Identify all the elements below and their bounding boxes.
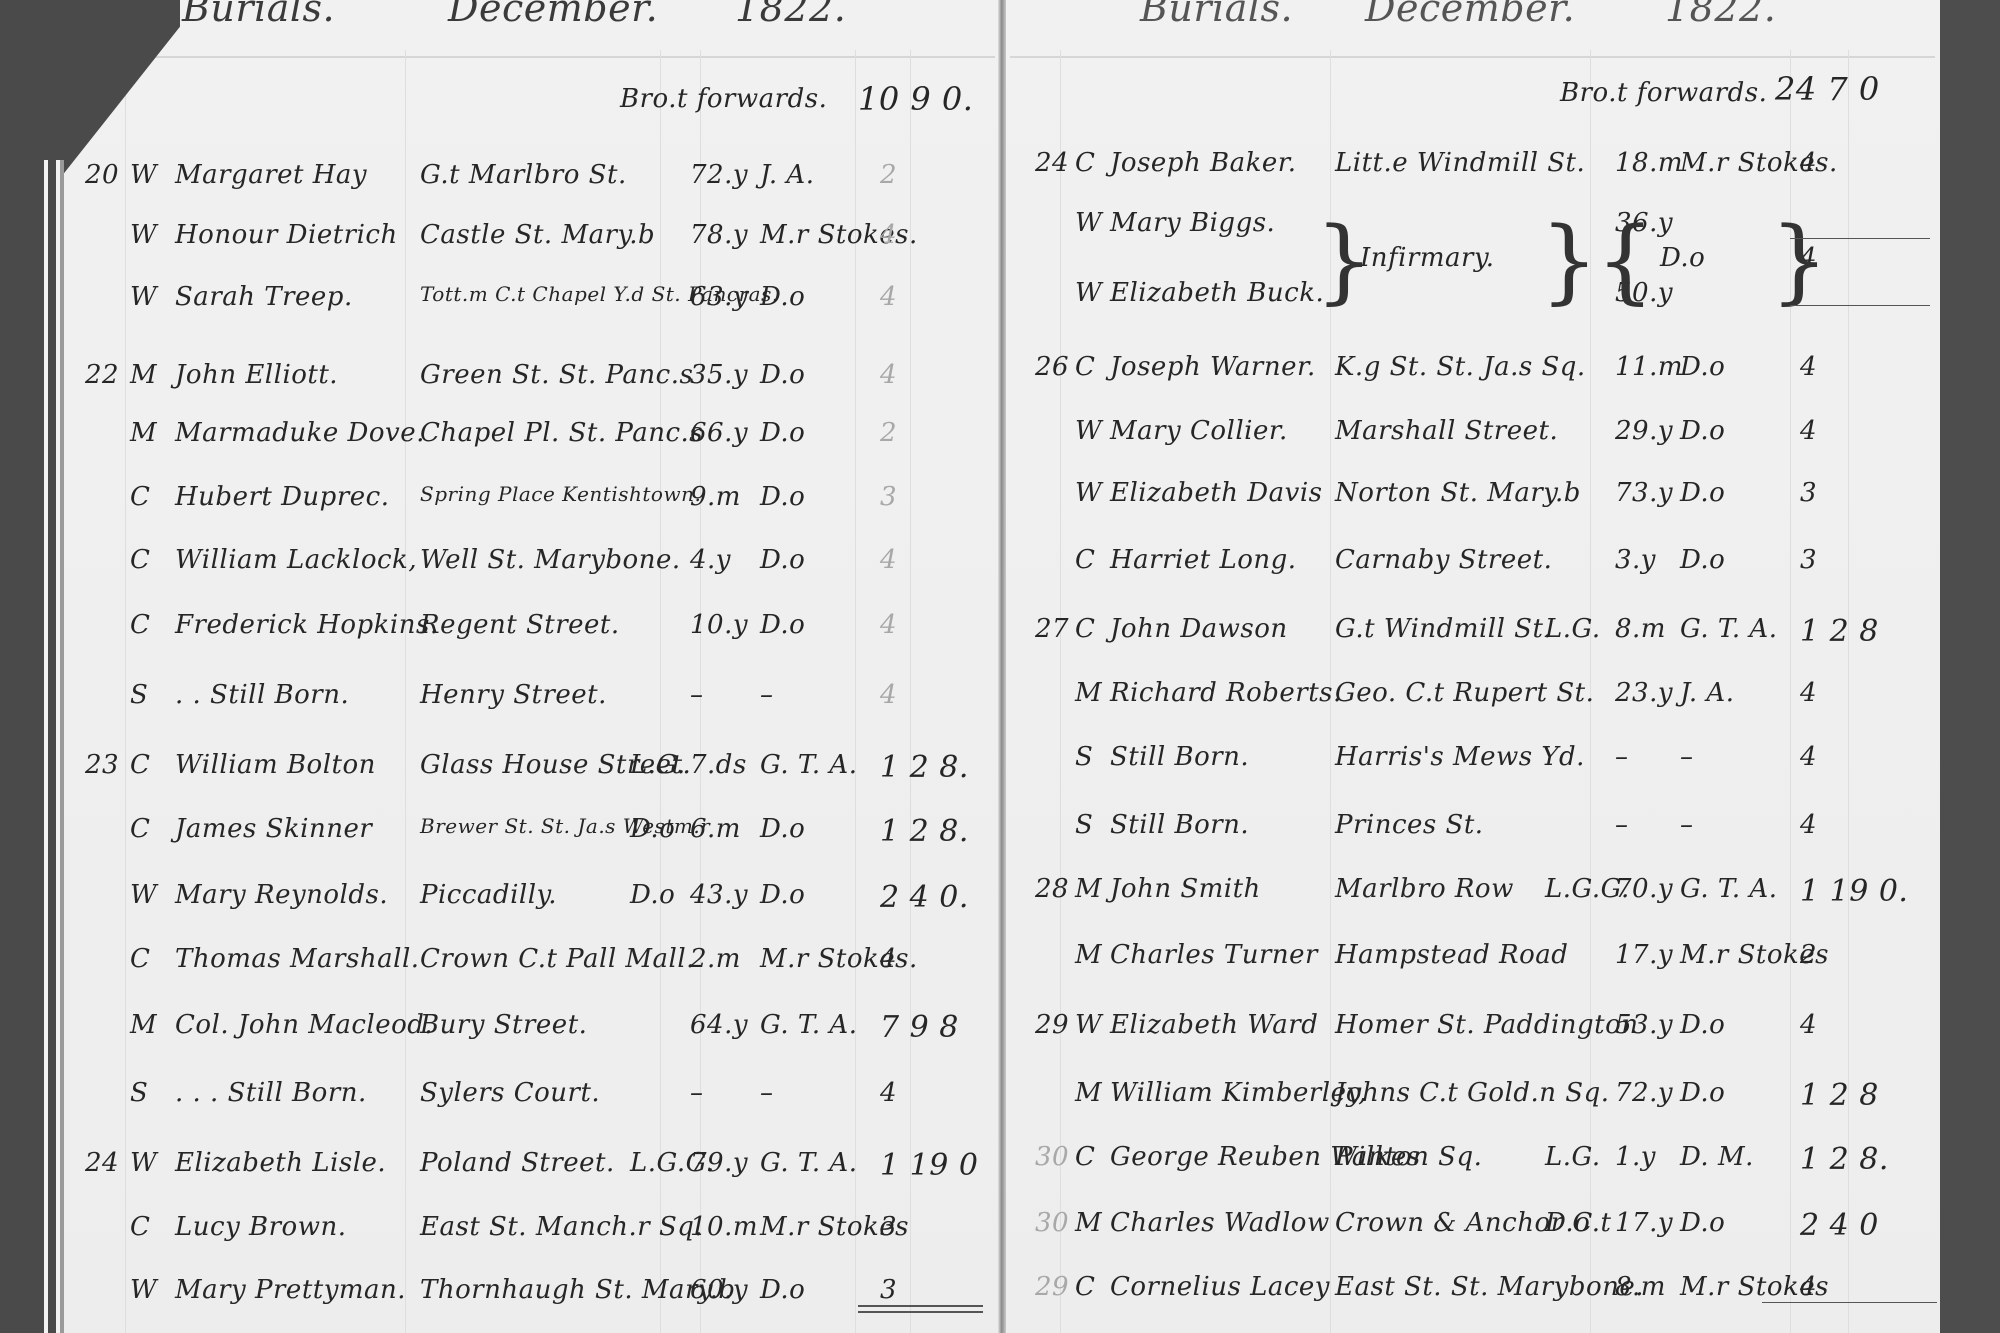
entry-age: 72.y	[1615, 1078, 1673, 1108]
entry-name: Sarah Treep.	[175, 282, 353, 312]
entry-officiant: G. T. A.	[760, 750, 857, 780]
entry-abode: Sylers Court.	[420, 1078, 600, 1108]
entry-name: John Elliott.	[175, 360, 338, 390]
entry-code: W	[1075, 478, 1102, 508]
entry-abode: East St. St. Marybone.	[1335, 1272, 1644, 1302]
entry-fee: 3	[880, 482, 897, 512]
entry-name: Richard Roberts.	[1110, 678, 1342, 708]
entry-code: C	[1075, 1142, 1095, 1172]
left-page	[0, 0, 1003, 1333]
entry-officiant: D.o	[760, 880, 805, 910]
entry-officiant: D.o	[760, 482, 805, 512]
entry-date: 30	[1035, 1142, 1069, 1172]
entry-officiant: D.o	[1680, 1078, 1725, 1108]
entry-age: 8.m	[1615, 1272, 1666, 1302]
entry-fee: 2 4 0	[1800, 1208, 1879, 1243]
entry-age: 6.m	[690, 814, 741, 844]
total-rule	[1762, 1302, 1937, 1303]
entry-name: Joseph Warner.	[1110, 352, 1316, 382]
entry-code: M	[1075, 940, 1102, 970]
entry-age: 8.m	[1615, 614, 1666, 644]
right-month: December.	[1365, 0, 1575, 30]
entry-age: 3.y	[1615, 545, 1656, 575]
left-year: 1822.	[735, 0, 846, 30]
entry-officiant: D.o	[760, 814, 805, 844]
entry-age: 9.m	[690, 482, 741, 512]
entry-code: C	[1075, 545, 1095, 575]
entry-code: S	[130, 1078, 148, 1108]
entry-age: 79.y	[690, 1148, 748, 1178]
entry-code: W	[130, 160, 157, 190]
entry-code: W	[1075, 1010, 1102, 1040]
left-month: December.	[448, 0, 658, 30]
entry-code: M	[130, 1010, 157, 1040]
entry-officiant: D.o	[1680, 416, 1725, 446]
entry-age: 64.y	[690, 1010, 748, 1040]
entry-name: Frederick Hopkins.	[175, 610, 439, 640]
entry-name: William Bolton	[175, 750, 376, 780]
scan-background-right	[1940, 0, 2000, 1333]
entry-name: Charles Wadlow	[1110, 1208, 1330, 1238]
entry-fee: 4	[880, 680, 897, 710]
entry-officiant: D.o	[1680, 478, 1725, 508]
entry-abode: Homer St. Paddington	[1335, 1010, 1639, 1040]
entry-abode: Regent Street.	[420, 610, 620, 640]
entry-officiant: D.o	[1680, 1010, 1725, 1040]
entry-age: –	[1615, 810, 1629, 840]
entry-date: 23	[85, 750, 119, 780]
entry-abode: Geo. C.t Rupert St.	[1335, 678, 1594, 708]
entry-officiant: –	[760, 1078, 774, 1108]
book-gutter	[998, 0, 1006, 1333]
entry-fee: 4	[1800, 148, 1817, 178]
entry-code: S	[130, 680, 148, 710]
column-rule	[405, 50, 406, 1333]
entry-code: C	[130, 750, 150, 780]
entry-age: 4.y	[690, 545, 731, 575]
entry-ground: D.o	[1545, 1208, 1590, 1238]
entry-fee: 7 9 8	[880, 1010, 959, 1045]
entry-date: 27	[1035, 614, 1069, 644]
entry-fee: 3	[1800, 478, 1817, 508]
entry-age: 1.y	[1615, 1142, 1656, 1172]
entry-fee: 4	[1800, 678, 1817, 708]
entry-fee: 1 2 8.	[1800, 1142, 1889, 1177]
column-rule	[1848, 50, 1849, 1333]
entry-age: 11.m	[1615, 352, 1683, 382]
entry-officiant: D.o	[760, 545, 805, 575]
entry-officiant: –	[1680, 810, 1694, 840]
entry-officiant: J. A.	[760, 160, 814, 190]
entry-abode: K.g St. St. Ja.s Sq.	[1335, 352, 1586, 382]
entry-fee: 3	[1800, 545, 1817, 575]
entry-abode: G.t Windmill St.	[1335, 614, 1552, 644]
entry-officiant: D.o	[1680, 545, 1725, 575]
entry-fee: 4	[1800, 742, 1817, 772]
right-brought-forward-label: Bro.t forwards.	[1560, 78, 1767, 108]
entry-fee: 4	[1800, 1010, 1817, 1040]
entry-age: 78.y	[690, 220, 748, 250]
entry-fee: 2	[1800, 940, 1817, 970]
right-page	[1005, 0, 1940, 1333]
entry-age: 2.m	[690, 944, 741, 974]
entry-officiant: D.o	[760, 282, 805, 312]
entry-fee: 4	[1800, 352, 1817, 382]
entry-name: Elizabeth Davis	[1110, 478, 1323, 508]
entry-code: C	[1075, 352, 1095, 382]
entry-fee: 4	[1800, 810, 1817, 840]
entry-ground: D.o	[630, 880, 675, 910]
entry-age: –	[690, 1078, 704, 1108]
entry-abode: Norton St. Mary.b	[1335, 478, 1581, 508]
column-rule	[125, 50, 126, 1333]
entry-name: Still Born.	[1110, 742, 1249, 772]
entry-code: W	[130, 880, 157, 910]
entry-code: C	[130, 482, 150, 512]
entry-age: 73.y	[1615, 478, 1673, 508]
entry-officiant: G. T. A.	[760, 1010, 857, 1040]
entry-fee: 1 2 8	[1800, 1078, 1879, 1113]
entry-name: William Lacklock,	[175, 545, 417, 575]
entry-abode: Carnaby Street.	[1335, 545, 1552, 575]
left-title: Burials.	[182, 0, 335, 30]
entry-code: C	[130, 610, 150, 640]
entry-date: 24	[85, 1148, 119, 1178]
entry-date: 29	[1035, 1010, 1069, 1040]
entry-name: John Dawson	[1110, 614, 1288, 644]
entry-age: 23.y	[1615, 678, 1673, 708]
entry-date: 29	[1035, 1272, 1069, 1302]
entry-code: W	[130, 1275, 157, 1305]
entry-age: 53.y	[1615, 1010, 1673, 1040]
entry-fee: 1 19 0	[880, 1148, 978, 1183]
entry-date: 28	[1035, 874, 1069, 904]
entry-abode: Green St. St. Panc.s	[420, 360, 693, 390]
entry-name: Still Born.	[1110, 810, 1249, 840]
entry-abode: Litt.e Windmill St.	[1335, 148, 1585, 178]
header-rule	[70, 56, 995, 58]
scanned-register: Burials. December. 1822. Bro.t forwards.…	[0, 0, 2000, 1333]
entry-officiant: J. A.	[1680, 678, 1734, 708]
entry-name: Honour Dietrich	[175, 220, 398, 250]
entry-name: James Skinner	[175, 814, 372, 844]
entry-age: 7.ds	[690, 750, 747, 780]
entry-ground: D.o	[630, 814, 675, 844]
entry-fee: 4	[880, 545, 897, 575]
entry-fee: 4	[880, 944, 897, 974]
entry-fee: 4	[880, 360, 897, 390]
entry-fee: 4	[880, 1078, 897, 1108]
entry-age: 10.y	[690, 610, 748, 640]
entry-code: C	[130, 545, 150, 575]
entry-abode: Marlbro Row	[1335, 874, 1514, 904]
entry-age: 43.y	[690, 880, 748, 910]
right-brought-forward-amount: 24 7 0	[1775, 70, 1880, 108]
column-rule	[1060, 50, 1061, 1333]
entry-fee: 4	[880, 220, 897, 250]
entry-abode: Poland Street.	[420, 1148, 615, 1178]
entry-abode: Henry Street.	[420, 680, 607, 710]
entry-code: M	[1075, 1078, 1102, 1108]
entry-abode: Chapel Pl. St. Panc.s	[420, 418, 703, 448]
right-year: 1822.	[1665, 0, 1776, 30]
entry-code: W	[130, 282, 157, 312]
entry-age: –	[690, 680, 704, 710]
entry-officiant: –	[760, 680, 774, 710]
entry-officiant: D.o	[1680, 352, 1725, 382]
entry-ground: L.G.	[630, 750, 686, 780]
brace-right: }	[1540, 215, 1599, 307]
fee-rule	[1790, 305, 1930, 306]
entry-age: 10.m	[690, 1212, 758, 1242]
fee-rule	[1790, 238, 1930, 239]
entry-fee: 3	[880, 1212, 897, 1242]
entry-date: 20	[85, 160, 119, 190]
entry-fee: 4	[1800, 416, 1817, 446]
entry-code: W	[130, 220, 157, 250]
entry-fee: 2	[880, 160, 897, 190]
brace-age: {	[1596, 215, 1655, 307]
entry-name: John Smith	[1110, 874, 1261, 904]
entry-age: 66.y	[690, 418, 748, 448]
entry-code: W	[130, 1148, 157, 1178]
entry-name: Marmaduke Dove.	[175, 418, 425, 448]
entry-abode: Infirmary.	[1360, 243, 1494, 273]
entry-officiant: D.o	[760, 360, 805, 390]
entry-abode: Well St. Marybone.	[420, 545, 681, 575]
entry-abode: Crown C.t Pall Mall.	[420, 944, 695, 974]
entry-officiant: G. T. A.	[1680, 614, 1777, 644]
entry-name: Elizabeth Buck.	[1110, 278, 1324, 308]
entry-code: M	[130, 418, 157, 448]
total-double-rule	[858, 1305, 983, 1307]
entry-abode: Harris's Mews Yd.	[1335, 742, 1585, 772]
entry-abode: Hampstead Road	[1335, 940, 1568, 970]
entry-officiant: D. M.	[1680, 1142, 1754, 1172]
entry-fee: 4	[880, 282, 897, 312]
entry-name: Mary Reynolds.	[175, 880, 388, 910]
entry-age: 18.m	[1615, 148, 1683, 178]
entry-abode: East St. Manch.r Sq.	[420, 1212, 703, 1242]
total-double-rule	[858, 1311, 983, 1313]
entry-name: Mary Biggs.	[1110, 208, 1275, 238]
entry-code: W	[1075, 208, 1102, 238]
entry-officiant: D.o	[1660, 243, 1705, 273]
entry-fee: 2	[880, 418, 897, 448]
entry-abode: Panton Sq.	[1335, 1142, 1482, 1172]
entry-date: 26	[1035, 352, 1069, 382]
entry-name: Elizabeth Lisle.	[175, 1148, 386, 1178]
entry-age: 35.y	[690, 360, 748, 390]
right-title: Burials.	[1140, 0, 1293, 30]
entry-age: 17.y	[1615, 940, 1673, 970]
entry-code: S	[1075, 742, 1093, 772]
entry-name: . . Still Born.	[175, 680, 349, 710]
left-brought-forward-label: Bro.t forwards.	[620, 84, 827, 114]
entry-date: 24	[1035, 148, 1069, 178]
entry-name: Lucy Brown.	[175, 1212, 346, 1242]
entry-name: Harriet Long.	[1110, 545, 1297, 575]
entry-fee: 4	[1800, 1272, 1817, 1302]
brace-fee: }	[1770, 215, 1829, 307]
entry-name: Elizabeth Ward	[1110, 1010, 1318, 1040]
entry-officiant: D.o	[1680, 1208, 1725, 1238]
entry-age: 29.y	[1615, 416, 1673, 446]
entry-officiant: G. T. A.	[1680, 874, 1777, 904]
entry-abode: Castle St. Mary.b	[420, 220, 655, 250]
column-rule	[660, 50, 661, 1333]
entry-age: –	[1615, 742, 1629, 772]
entry-name: Hubert Duprec.	[175, 482, 389, 512]
entry-code: S	[1075, 810, 1093, 840]
entry-abode: Spring Place Kentishtown.	[420, 482, 701, 506]
entry-age: 70.y	[1615, 874, 1673, 904]
entry-abode: Princes St.	[1335, 810, 1484, 840]
entry-code: C	[1075, 1272, 1095, 1302]
entry-code: C	[130, 814, 150, 844]
entry-officiant: D.o	[760, 418, 805, 448]
entry-officiant: G. T. A.	[760, 1148, 857, 1178]
entry-code: C	[130, 1212, 150, 1242]
entry-abode: Piccadilly.	[420, 880, 557, 910]
entry-fee: 2 4 0.	[880, 880, 969, 915]
entry-code: M	[130, 360, 157, 390]
entry-code: M	[1075, 678, 1102, 708]
entry-date: 30	[1035, 1208, 1069, 1238]
entry-abode: Thornhaugh St. Mary.b	[420, 1275, 736, 1305]
entry-code: C	[130, 944, 150, 974]
entry-name: William Kimberley,	[1110, 1078, 1367, 1108]
entry-fee: 4	[880, 610, 897, 640]
entry-fee: 1 2 8.	[880, 814, 969, 849]
entry-name: Col. John Macleod.	[175, 1010, 433, 1040]
entry-name: Mary Prettyman.	[175, 1275, 406, 1305]
entry-name: Charles Turner	[1110, 940, 1318, 970]
entry-name: Joseph Baker.	[1110, 148, 1297, 178]
entry-age: 17.y	[1615, 1208, 1673, 1238]
entry-name: Thomas Marshall.	[175, 944, 420, 974]
entry-code: M	[1075, 874, 1102, 904]
entry-officiant: –	[1680, 742, 1694, 772]
entry-name: Mary Collier.	[1110, 416, 1288, 446]
entry-abode: G.t Marlbro St.	[420, 160, 627, 190]
entry-fee: 1 2 8	[1800, 614, 1879, 649]
entry-abode: Johns C.t Gold.n Sq.	[1335, 1078, 1610, 1108]
brace-left: }	[1315, 215, 1374, 307]
entry-name: Cornelius Lacey	[1110, 1272, 1330, 1302]
header-rule	[1010, 56, 1935, 58]
entry-age: 60.y	[690, 1275, 748, 1305]
page-edge-lines	[42, 160, 64, 1333]
entry-fee: 1 2 8.	[880, 750, 969, 785]
entry-code: M	[1075, 1208, 1102, 1238]
entry-code: C	[1075, 614, 1095, 644]
entry-code: W	[1075, 278, 1102, 308]
entry-code: W	[1075, 416, 1102, 446]
entry-abode: Marshall Street.	[1335, 416, 1558, 446]
entry-fee: 3	[880, 1275, 897, 1305]
entry-ground: L.G.	[1545, 614, 1601, 644]
entry-code: C	[1075, 148, 1095, 178]
entry-abode: Bury Street.	[420, 1010, 587, 1040]
entry-officiant: D.o	[760, 610, 805, 640]
entry-name: . . . Still Born.	[175, 1078, 367, 1108]
entry-age: 63.y	[690, 282, 748, 312]
entry-name: Margaret Hay	[175, 160, 367, 190]
entry-ground: L.G.	[1545, 1142, 1601, 1172]
entry-fee: 1 19 0.	[1800, 874, 1908, 909]
left-brought-forward-amount: 10 9 0.	[858, 80, 973, 118]
entry-date: 22	[85, 360, 119, 390]
entry-officiant: D.o	[760, 1275, 805, 1305]
entry-age: 72.y	[690, 160, 748, 190]
